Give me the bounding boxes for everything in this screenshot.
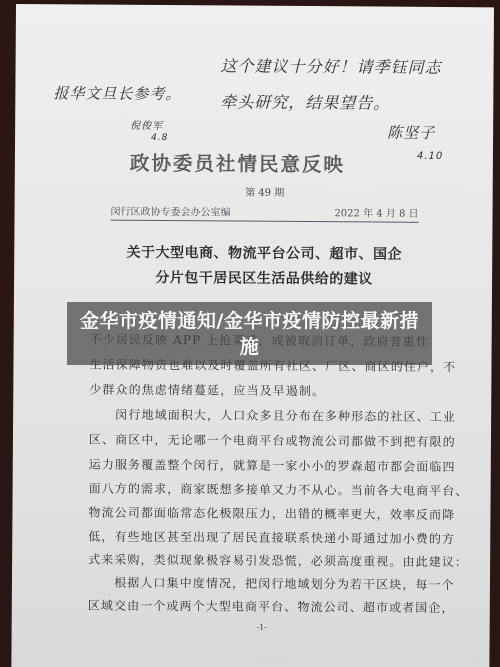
signature-1: 倪俊军 (130, 117, 163, 132)
document-title: 政协委员社情民意反映 (130, 148, 345, 178)
paragraph-line: 物流公司都面临常态化极限压力，出错的概率更大，效率反而降 (88, 504, 455, 524)
paragraph-line: 运力服务覆盖整个闵行，就算是一家小小的罗森超市都会面临四 (89, 456, 456, 476)
page-number: -1- (12, 621, 500, 633)
paragraph-line: 区域交由一个或两个大型电商平台、物流公司、超市或者国企， (88, 597, 455, 617)
subject-line-2: 分片包干居民区生活品供给的建议 (14, 266, 500, 289)
signature-1-date: 4.8 (151, 133, 168, 143)
document-date: 2022 年 4 月 8 日 (334, 204, 418, 220)
paragraph-line: 少群众的焦虑情绪蔓延，应当及早遏制。 (89, 381, 325, 400)
paragraph-line: 根据人口集中度情况，把闵行地域划分为若干区块，每一个 (88, 574, 455, 594)
paragraph-line: 低，有些地区甚至出现了居民直接联系快递小哥通过加小费的方 (88, 528, 455, 548)
headline-overlay-banner: 金华市疫情通知/金华市疫情防控最新措施 (67, 302, 432, 365)
document-meta-row: 闵行区政协专委会办公室编 2022 年 4 月 8 日 (110, 203, 418, 223)
signature-2-date: 4.10 (417, 151, 443, 162)
issue-number: 第 49 期 (15, 182, 500, 200)
headline-text: 金华市疫情通知/金华市疫情防控最新措施 (73, 308, 426, 360)
handwritten-note-left: 报华文旦长参考。 (53, 82, 181, 104)
paragraph-line: 面八方的需求，商家既想多接单又力不从心。当前各大电商平台、 (89, 480, 469, 500)
handwritten-note-right-line2: 牵头研究，结果望告。 (220, 89, 390, 113)
paragraph-line: 区、商区中，无论哪一个电商平台或物流公司都做不到把有限的 (89, 431, 456, 451)
paragraph-line: 闵行地域面积大，人口众多且分布在多种形态的社区、工业 (89, 406, 456, 426)
editor-label: 闵行区政协专委会办公室编 (111, 203, 231, 219)
subject-line-1: 关于大型电商、物流平台公司、超市、国企 (14, 241, 500, 264)
handwritten-note-right-line1: 这个建议十分好！请季钰同志 (220, 53, 441, 78)
signature-2: 陈坚子 (387, 122, 435, 143)
paragraph-line: 式来采购，类似现象极容易引发恐慌，必须高度重视。由此建议： (88, 551, 468, 571)
